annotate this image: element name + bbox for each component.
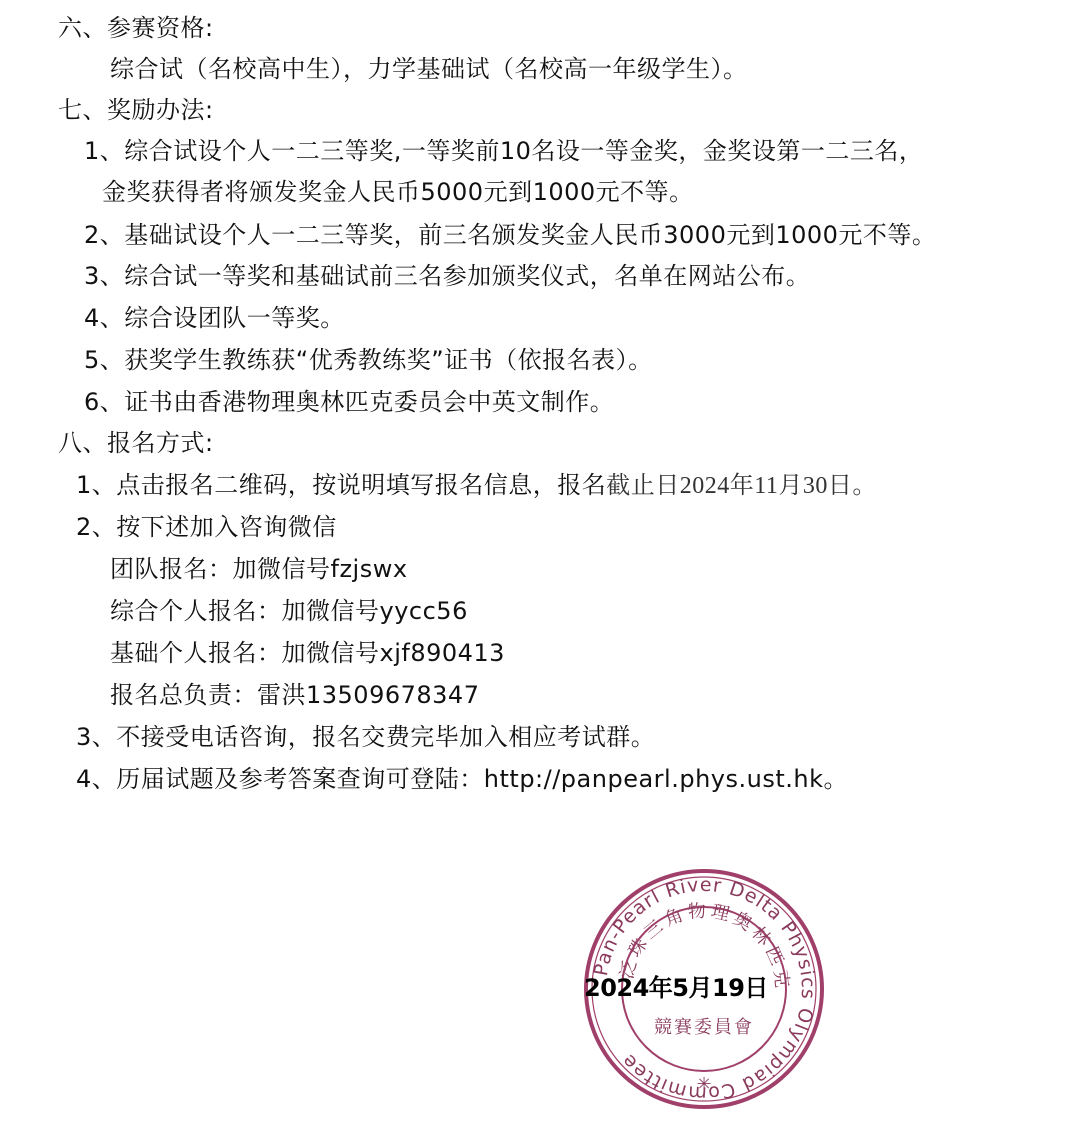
award-item-1-cont: 金奖获得者将颁发奖金人民币5000元到1000元不等。 <box>102 176 694 208</box>
heading-registration: 八、报名方式: <box>58 427 214 459</box>
registration-item-4-text: 4、历届试题及参考答案查询可登陆： <box>76 765 484 793</box>
issue-date: 2024年5月19日 <box>584 968 768 1003</box>
contact-comprehensive: 综合个人报名：加微信号yycc56 <box>110 595 468 627</box>
award-item-3: 3、综合试一等奖和基础试前三名参加颁奖仪式，名单在网站公布。 <box>84 260 810 292</box>
registration-item-4: 4、历届试题及参考答案查询可登陆：http://panpearl.phys.us… <box>76 763 848 795</box>
award-item-1: 1、综合试设个人一二三等奖,一等奖前10名设一等金奖，金奖设第一二三名， <box>84 135 923 167</box>
svg-text:✳: ✳ <box>696 1074 711 1095</box>
heading-awards: 七、奖励办法: <box>58 94 214 126</box>
registration-item-1: 1、点击报名二维码，按说明填写报名信息，报名截止日2024年11月30日。 <box>76 469 877 502</box>
award-item-4: 4、综合设团队一等奖。 <box>84 302 345 334</box>
registration-item-1-text: 1、点击报名二维码，按说明填写报名信息，报名 <box>76 471 606 499</box>
registration-item-2: 2、按下述加入咨询微信 <box>76 511 337 543</box>
svg-text:競賽委員會: 競賽委員會 <box>654 1017 754 1038</box>
registration-deadline: 截止日2024年11月30日。 <box>606 473 877 499</box>
contact-basic: 基础个人报名：加微信号xjf890413 <box>110 637 505 669</box>
heading-eligibility: 六、参赛资格: <box>58 12 214 44</box>
eligibility-text: 综合试（名校高中生），力学基础试（名校高一年级学生）。 <box>110 53 748 85</box>
registration-item-3: 3、不接受电话咨询，报名交费完毕加入相应考试群。 <box>76 721 655 753</box>
contact-lead: 报名总负责：雷洪13509678347 <box>110 679 479 711</box>
contact-team: 团队报名：加微信号fzjswx <box>110 553 408 585</box>
award-item-2: 2、基础试设个人一二三等奖，前三名颁发奖金人民币3000元到1000元不等。 <box>84 219 936 251</box>
award-item-5: 5、获奖学生教练获“优秀教练奖”证书（依报名表）。 <box>84 344 653 376</box>
award-item-6: 6、证书由香港物理奥林匹克委员会中英文制作。 <box>84 386 614 418</box>
period: 。 <box>823 765 848 793</box>
past-papers-link[interactable]: http://panpearl.phys.ust.hk <box>484 765 824 793</box>
